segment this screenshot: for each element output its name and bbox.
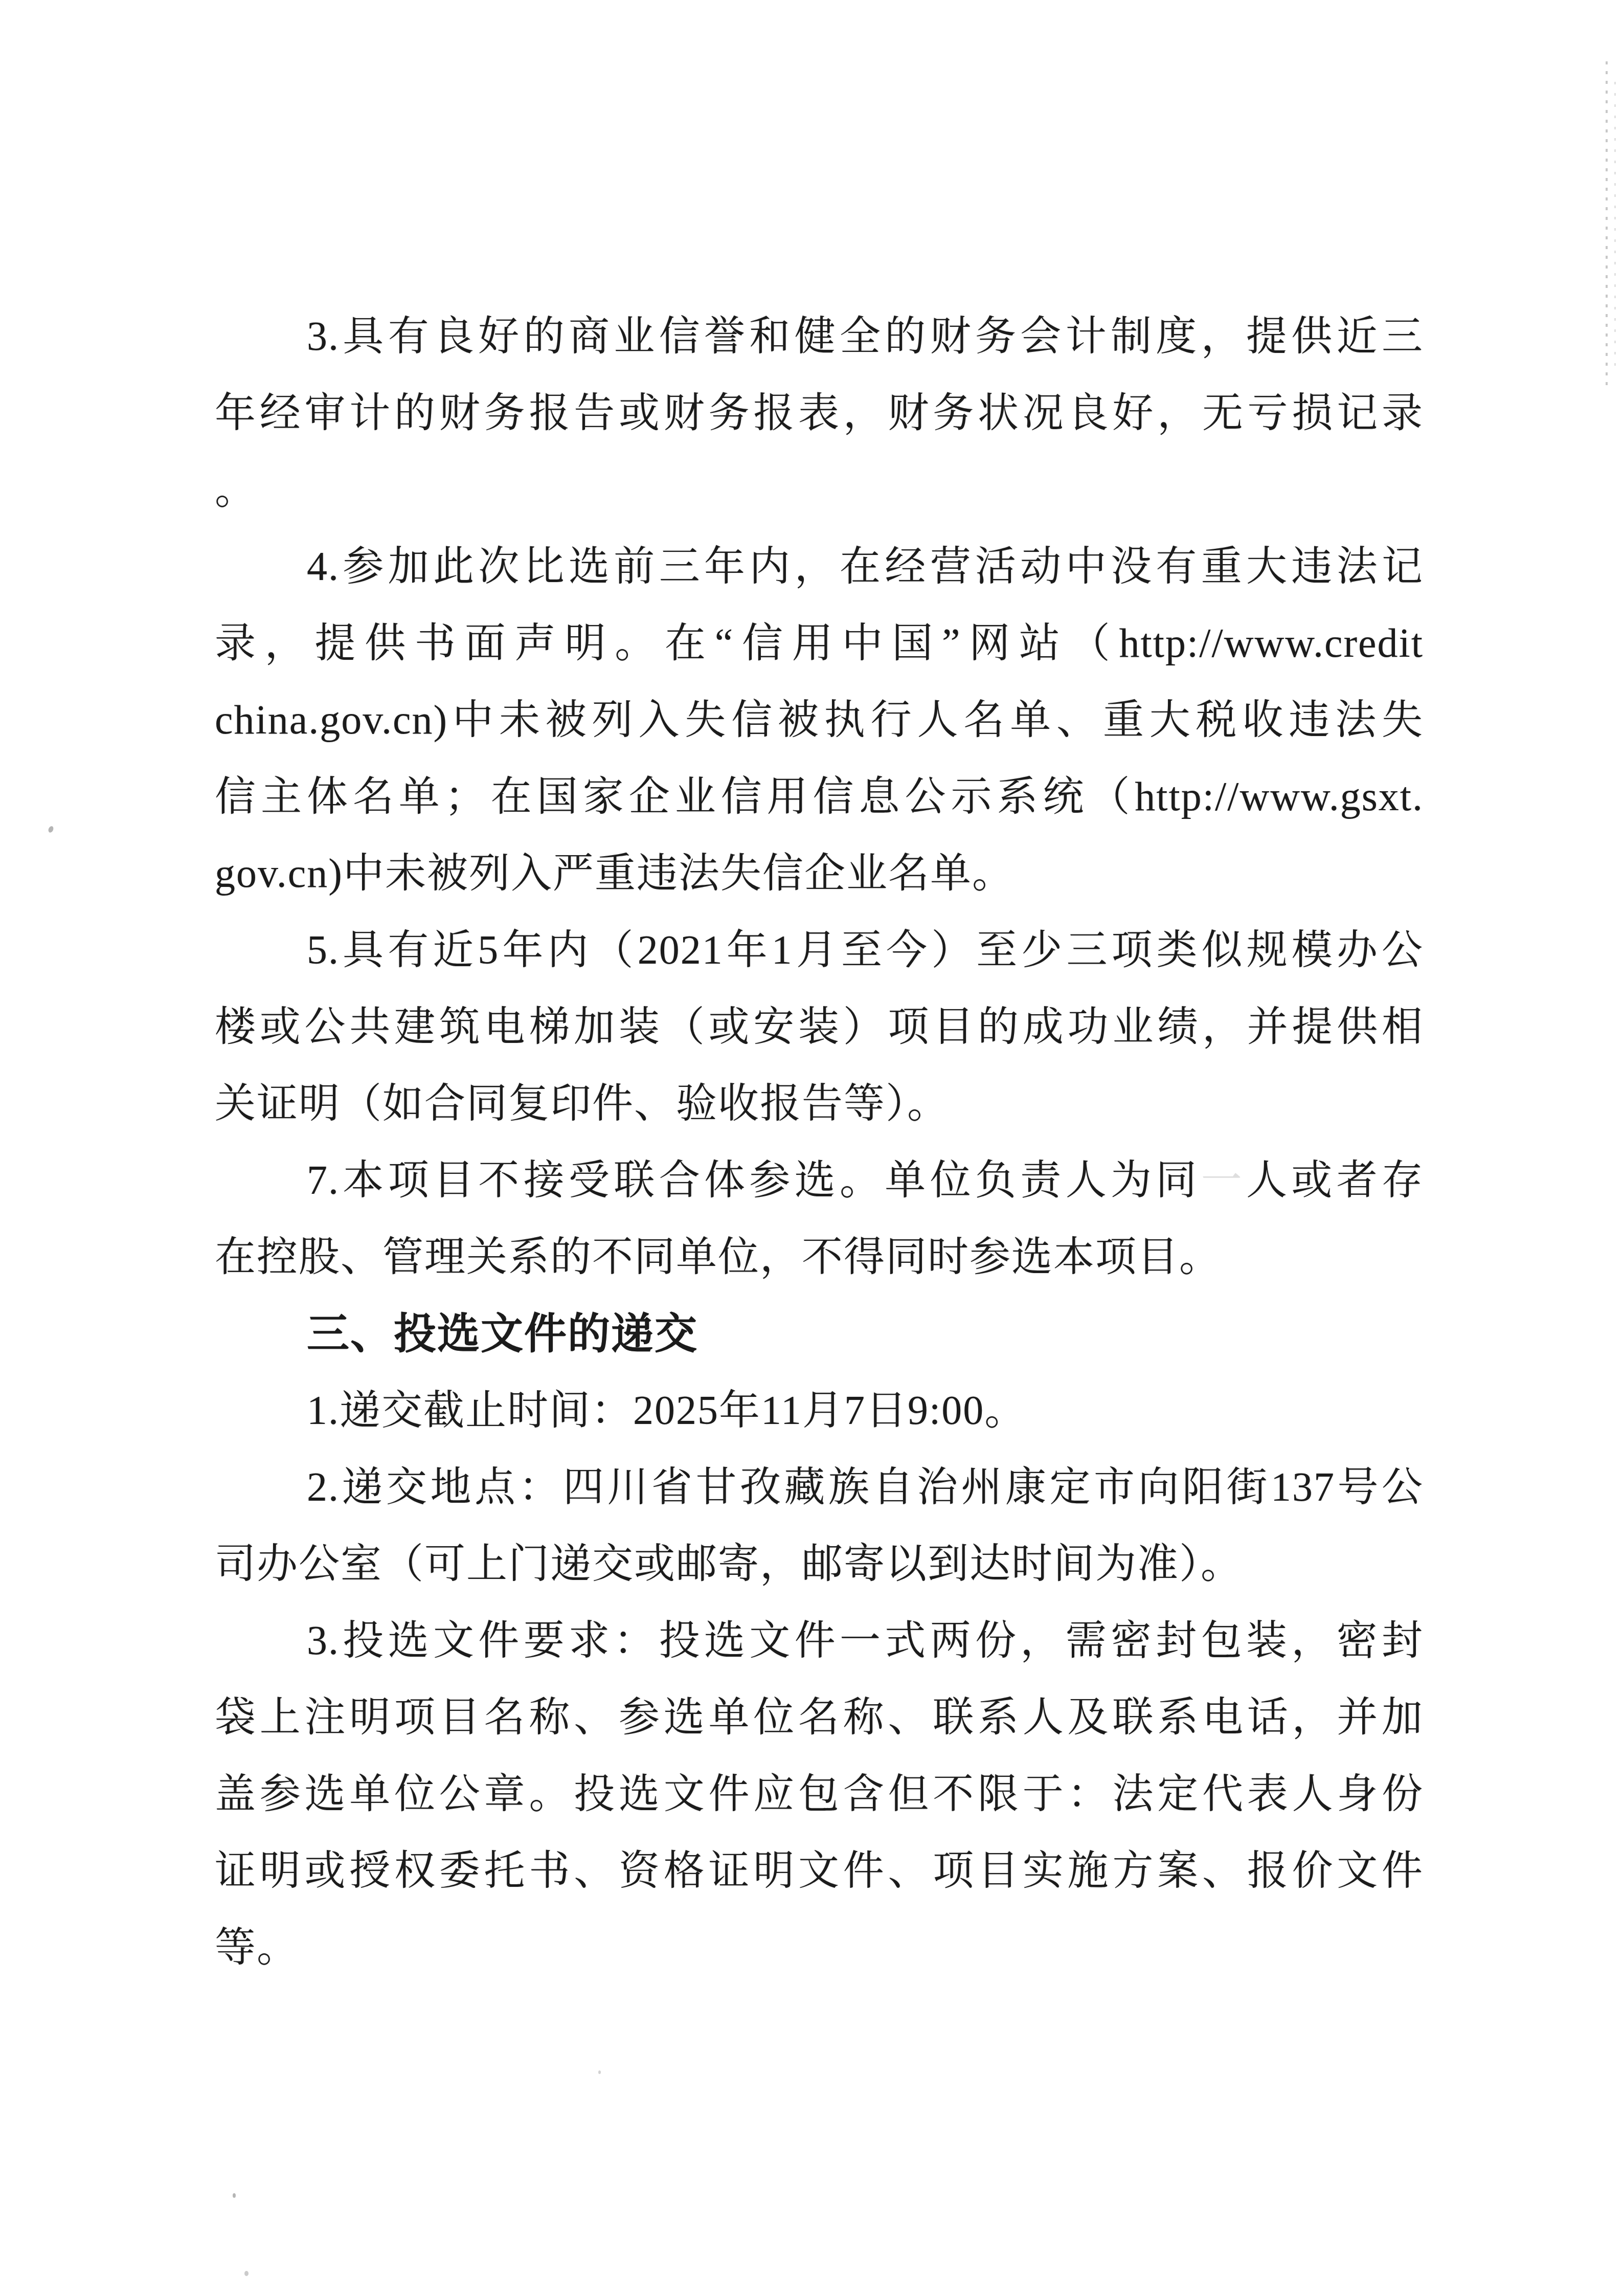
document-line: 7.本项目不接受联合体参选。单位负责人为同一人或者存 — [215, 1142, 1424, 1219]
section-heading: 三、投选文件的递交 — [215, 1296, 1424, 1372]
document-line: 1.递交截止时间：2025年11月7日9:00。 — [215, 1372, 1424, 1449]
document-line: 关证明（如合同复印件、验收报告等）。 — [215, 1065, 1424, 1142]
document-line: 信主体名单；在国家企业信用信息公示系统（http://www.gsxt. — [215, 759, 1424, 835]
document-line: 盖参选单位公章。投选文件应包含但不限于：法定代表人身份 — [215, 1756, 1424, 1833]
document-line: 5.具有近5年内（2021年1月至今）至少三项类似规模办公 — [215, 912, 1424, 989]
document-line: 司办公室（可上门递交或邮寄，邮寄以到达时间为准）。 — [215, 1526, 1424, 1602]
document-line: 录，提供书面声明。在“信用中国”网站（http://www.credit — [215, 605, 1424, 682]
scan-artifact — [1614, 82, 1616, 368]
document-body: 3.具有良好的商业信誉和健全的财务会计制度，提供近三 年经审计的财务报告或财务报… — [215, 298, 1424, 1986]
document-line: 3.具有良好的商业信誉和健全的财务会计制度，提供近三 — [215, 298, 1424, 375]
faded-character: 一 — [1201, 1158, 1246, 1203]
scan-artifact — [233, 2193, 236, 2198]
document-line: 3.投选文件要求：投选文件一式两份，需密封包装，密封 — [215, 1602, 1424, 1679]
scan-artifact — [48, 826, 55, 834]
document-line: 证明或授权委托书、资格证明文件、项目实施方案、报价文件 — [215, 1833, 1424, 1909]
document-line: 年经审计的财务报告或财务报表，财务状况良好，无亏损记录 — [215, 375, 1424, 452]
document-line: 。 — [215, 452, 1424, 528]
document-line: china.gov.cn)中未被列入失信被执行人名单、重大税收违法失 — [215, 682, 1424, 759]
scan-artifact — [598, 2070, 601, 2074]
scan-artifact — [1606, 61, 1608, 389]
document-line: gov.cn)中未被列入严重违法失信企业名单。 — [215, 835, 1424, 912]
document-line: 等。 — [215, 1909, 1424, 1986]
document-line: 4.参加此次比选前三年内，在经营活动中没有重大违法记 — [215, 528, 1424, 605]
scan-artifact — [244, 2271, 249, 2276]
document-line: 在控股、管理关系的不同单位，不得同时参选本项目。 — [215, 1219, 1424, 1296]
document-line: 2.递交地点：四川省甘孜藏族自治州康定市向阳街137号公 — [215, 1449, 1424, 1526]
line-segment: 7.本项目不接受联合体参选。单位负责人为同 — [307, 1158, 1201, 1203]
line-segment: 人或者存 — [1246, 1158, 1424, 1203]
document-line: 袋上注明项目名称、参选单位名称、联系人及联系电话，并加 — [215, 1679, 1424, 1756]
scanned-page: 3.具有良好的商业信誉和健全的财务会计制度，提供近三 年经审计的财务报告或财务报… — [0, 0, 1623, 2296]
document-line: 楼或公共建筑电梯加装（或安装）项目的成功业绩，并提供相 — [215, 989, 1424, 1065]
